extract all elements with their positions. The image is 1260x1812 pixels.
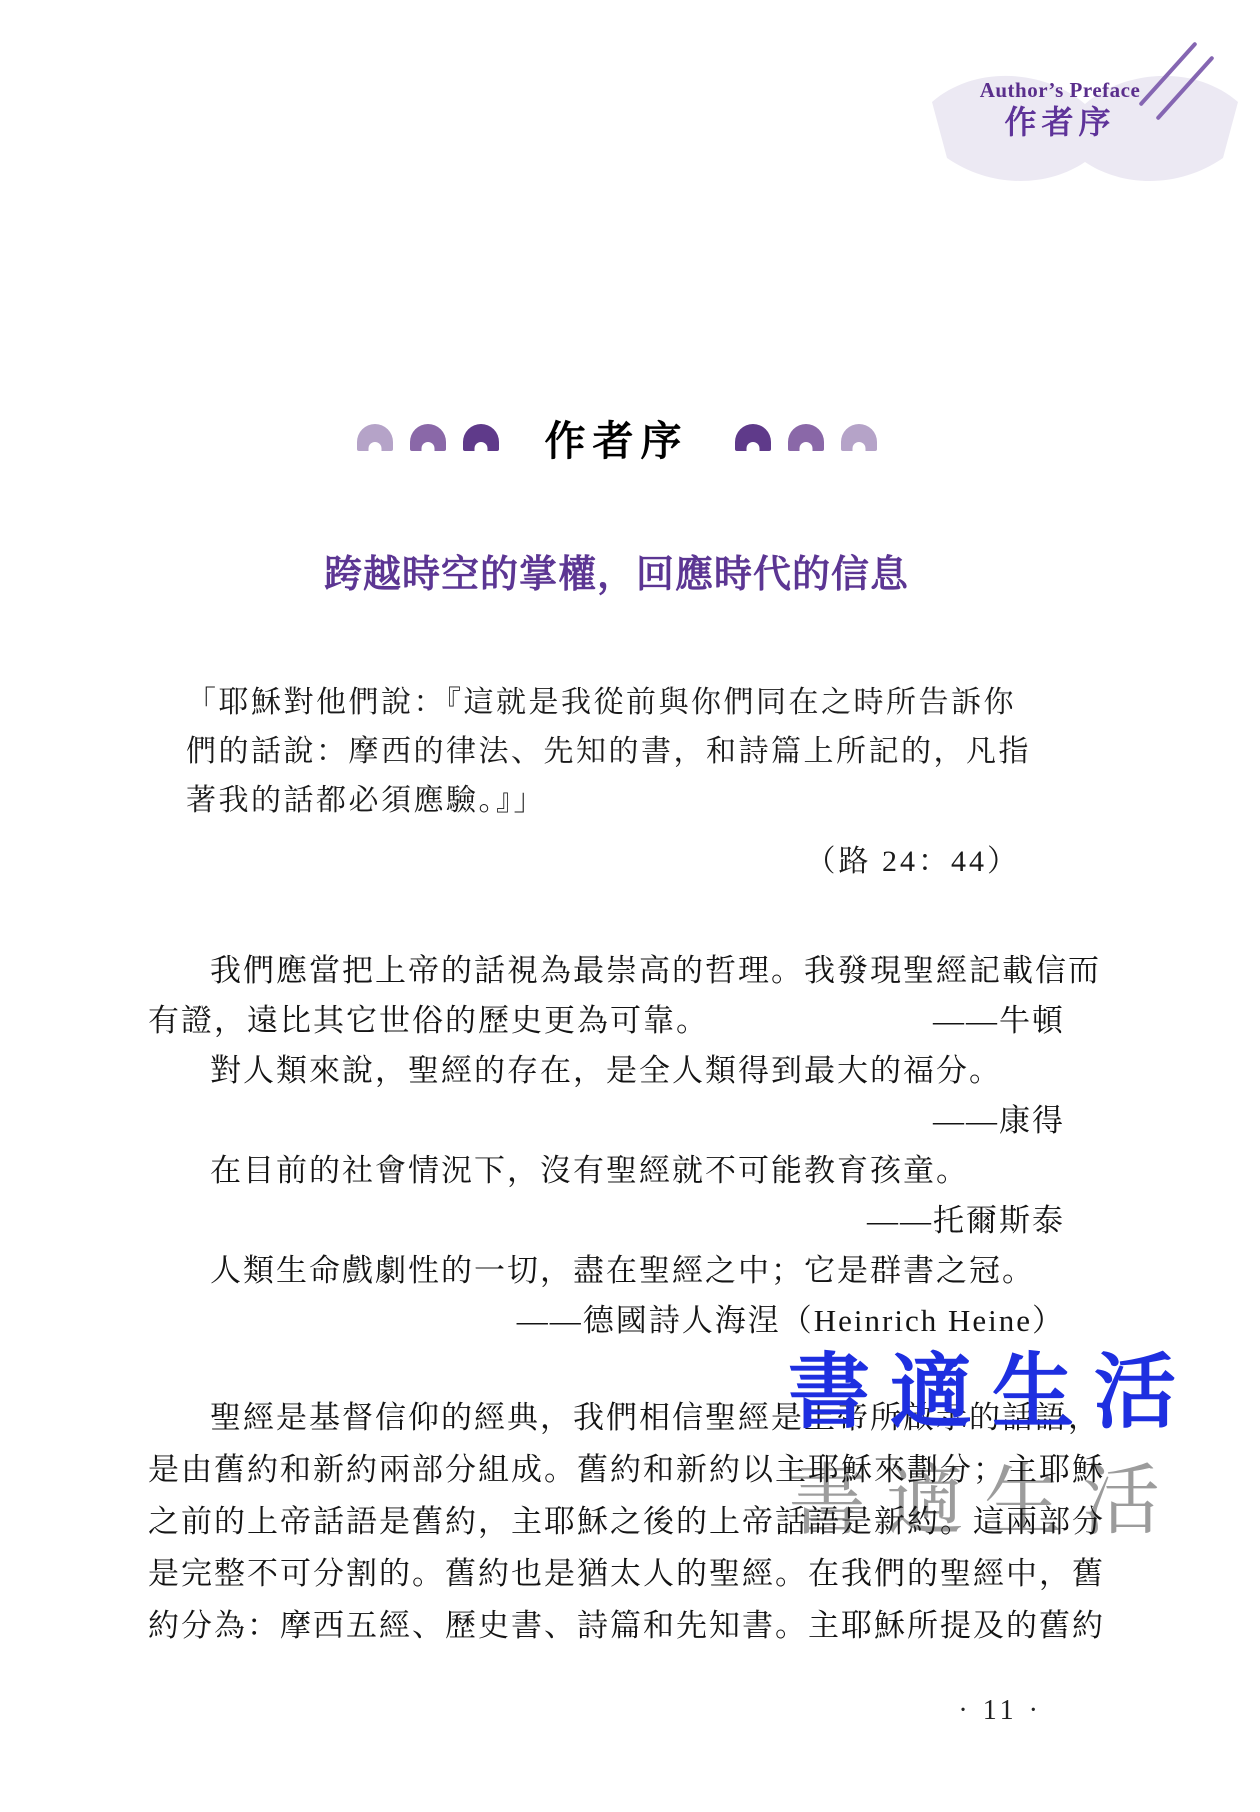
right-arc-ornaments xyxy=(735,424,877,451)
scripture-line: 們的話說：摩西的律法、先知的書，和詩篇上所記的，凡指 xyxy=(186,727,1066,776)
quote-line: 在目前的社會情況下，沒有聖經就不可能教育孩童。 xyxy=(148,1146,1085,1196)
paragraph-line: 是由舊約和新約兩部分組成。舊約和新約以主耶穌來劃分；主耶穌 xyxy=(148,1444,1088,1496)
quote-line: 我們應當把上帝的話視為最崇高的哲理。我發現聖經記載信而 xyxy=(148,946,1085,996)
scripture-citation: （路 24：44） xyxy=(148,836,1020,880)
scripture-quote: 「耶穌對他們說：『這就是我從前與你們同在之時所告訴你 們的話說：摩西的律法、先知… xyxy=(186,678,1066,825)
quote-attribution: ——康得 xyxy=(148,1096,1085,1146)
watermark-blue: 書適生活 xyxy=(788,1352,1196,1434)
arc-icon xyxy=(788,424,824,451)
paragraph-line: 是完整不可分割的。舊約也是猶太人的聖經。在我們的聖經中，舊 xyxy=(148,1548,1088,1600)
left-arc-ornaments xyxy=(357,424,499,451)
page-number: · 11 · xyxy=(842,1695,1042,1727)
arc-icon xyxy=(357,424,393,451)
arc-icon xyxy=(735,424,771,451)
arc-icon xyxy=(841,424,877,451)
quote-attribution: ——牛頓 xyxy=(933,996,1065,1046)
scripture-line: 「耶穌對他們說：『這就是我從前與你們同在之時所告訴你 xyxy=(186,678,1066,727)
arc-icon xyxy=(463,424,499,451)
book-page: Author’s Preface 作者序 作者序 跨越時空的掌權，回應時代的信息… xyxy=(0,0,1260,1812)
header-badge: Author’s Preface 作者序 xyxy=(928,50,1242,190)
section-title-row: 作者序 xyxy=(148,408,1085,466)
quote-text: 有證，遠比其它世俗的歷史更為可靠。 xyxy=(148,996,709,1046)
header-title-zh: 作者序 xyxy=(928,103,1192,141)
chapter-heading: 跨越時空的掌權，回應時代的信息 xyxy=(148,543,1085,598)
paragraph-line: 之前的上帝話語是舊約，主耶穌之後的上帝話語是新約。這兩部分 xyxy=(148,1496,1088,1548)
quote-attribution: ——托爾斯泰 xyxy=(148,1196,1085,1246)
paragraph-line: 約分為：摩西五經、歷史書、詩篇和先知書。主耶穌所提及的舊約 xyxy=(148,1600,1088,1652)
quote-line: 對人類來說，聖經的存在，是全人類得到最大的福分。 xyxy=(148,1046,1085,1096)
quote-attribution: ——德國詩人海涅（Heinrich Heine） xyxy=(148,1296,1085,1346)
famous-quotes-block: 我們應當把上帝的話視為最崇高的哲理。我發現聖經記載信而 有證，遠比其它世俗的歷史… xyxy=(148,946,1085,1346)
quote-line: 人類生命戲劇性的一切，盡在聖經之中；它是群書之冠。 xyxy=(148,1246,1085,1296)
section-title: 作者序 xyxy=(545,408,689,467)
quote-line-with-attribution: 有證，遠比其它世俗的歷史更為可靠。 ——牛頓 xyxy=(148,996,1085,1046)
arc-icon xyxy=(410,424,446,451)
scripture-line: 著我的話都必須應驗。』」 xyxy=(186,776,1066,825)
